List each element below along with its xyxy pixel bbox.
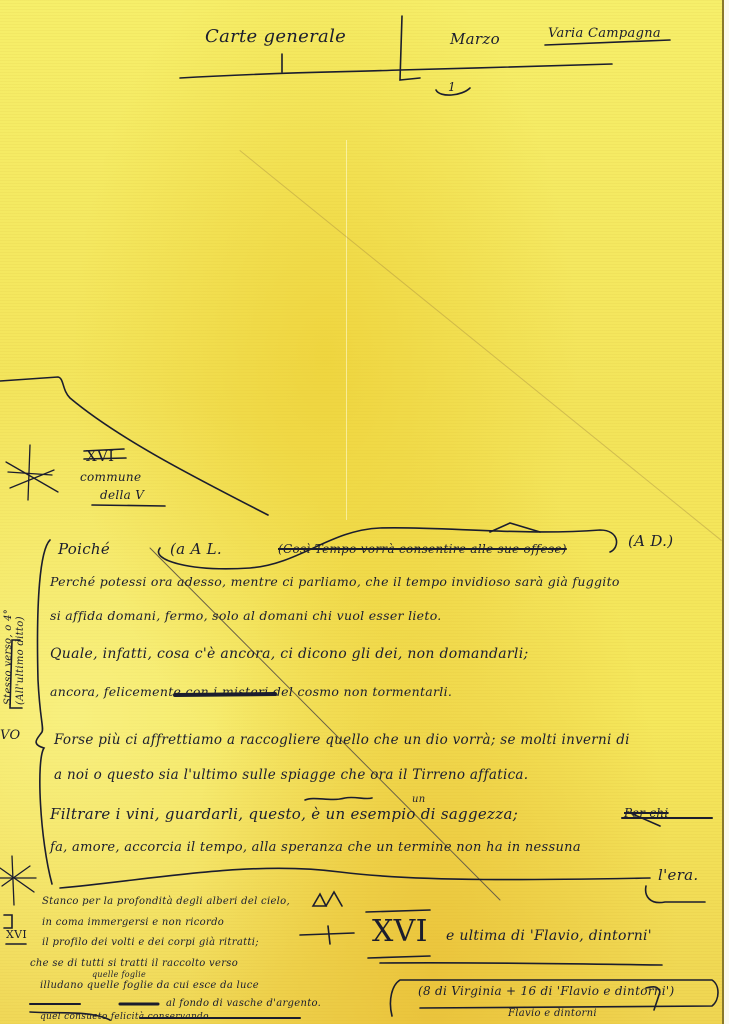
body-line-1: Perché potessi ora adesso, mentre ci par… xyxy=(50,574,620,589)
bottom-note-insert: quelle foglie xyxy=(92,970,146,979)
body-line-9: l'era. xyxy=(658,866,698,884)
paper-fold-diagonal xyxy=(239,150,721,541)
body-line-6: a noi o questo sia l'ultimo sulle spiagg… xyxy=(54,767,528,783)
bottom-right-numeral: XVI xyxy=(372,914,428,949)
page-mark: 1 xyxy=(448,80,456,94)
body-heading: Poiché xyxy=(58,540,110,558)
body-line-7: Filtrare i vini, guardarli, questo, è un… xyxy=(50,805,518,823)
body-line-7-insert: un xyxy=(412,794,425,805)
bottom-note-7: quel consueto felicità conservando xyxy=(40,1012,209,1022)
body-line-3: Quale, infatti, cosa c'è ancora, ci dico… xyxy=(50,646,528,662)
heading-struck-text: (Così Tempo vorrà consentire alle sue of… xyxy=(278,542,567,556)
bottom-left-numeral: XVI xyxy=(6,928,27,941)
left-margin-mark: VO xyxy=(0,728,20,743)
manuscript-paper xyxy=(0,0,724,1024)
margin-numeral-top: XVI xyxy=(86,447,114,465)
body-line-8: fa, amore, accorcia il tempo, alla spera… xyxy=(50,840,581,855)
heading-right-annotation: (A D.) xyxy=(628,532,673,550)
bottom-note-6: al fondo di vasche d'argento. xyxy=(166,998,321,1009)
boxed-note: (8 di Virginia + 16 di 'Flavio e dintorn… xyxy=(418,984,675,998)
bottom-note-2: in coma immergersi e non ricordo xyxy=(42,917,224,928)
body-line-7-struck: Per chi xyxy=(624,806,669,820)
margin-note-line2: della V xyxy=(100,488,144,502)
heading-annotation: (a A L. xyxy=(170,540,222,558)
margin-note-line1: commune xyxy=(80,470,141,484)
left-margin-vertical-1: Stesso verso, o 4° xyxy=(3,609,14,705)
bottom-note-1: Stanco per la profondità degli alberi de… xyxy=(42,896,290,907)
body-line-2: si affida domani, fermo, solo al domani … xyxy=(50,608,442,623)
body-line-4: ancora, felicemente con i misteri del co… xyxy=(50,684,452,699)
bottom-right-caption: e ultima di 'Flavio, dintorni' xyxy=(446,928,652,944)
bottom-note-3: il profilo dei volti e dei corpi già rit… xyxy=(42,937,259,948)
header-title-middle: Marzo xyxy=(450,30,500,48)
bottom-note-5: illudano quelle foglie da cui esce da lu… xyxy=(40,980,259,991)
below-box-note: Flavio e dintorni xyxy=(508,1008,597,1019)
left-margin-vertical-2: (All'ultimo ditto) xyxy=(15,616,26,705)
header-title-right: Varia Campagna xyxy=(548,26,661,41)
header-title-left: Carte generale xyxy=(205,26,346,47)
bottom-note-4: che se di tutti si tratti il raccolto ve… xyxy=(30,958,238,969)
paper-fold-vertical xyxy=(346,140,347,520)
body-line-5: Forse più ci affrettiamo a raccogliere q… xyxy=(54,732,630,748)
